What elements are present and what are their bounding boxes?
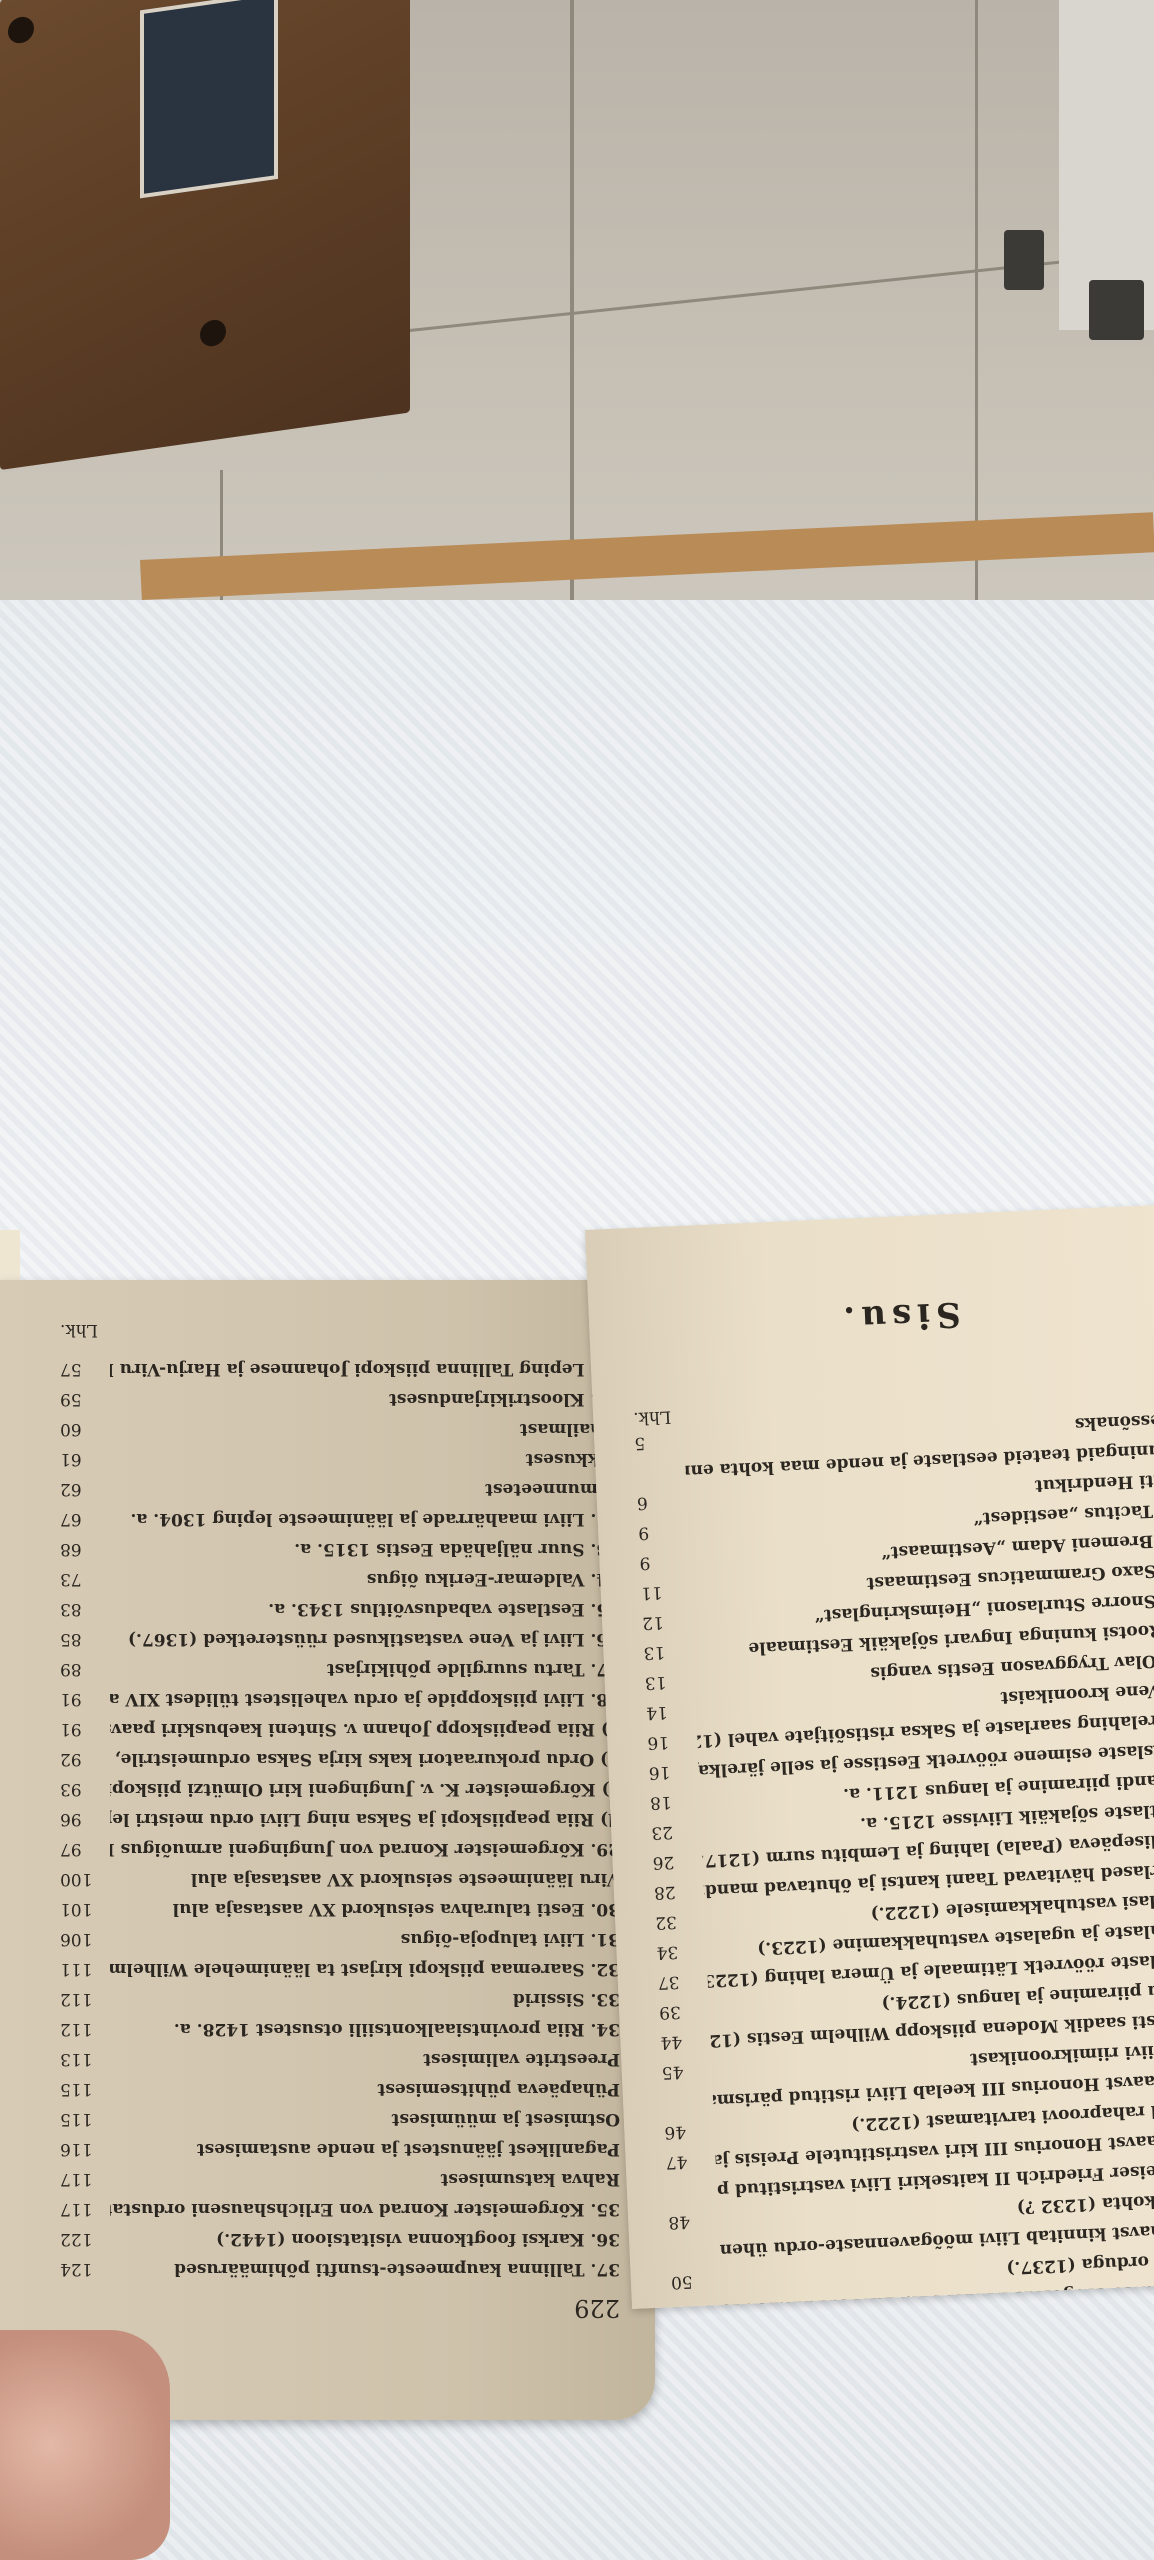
toc-entry-title: 25. Eestlaste vabadusvõitlus 1343. a. [110,1594,620,1624]
toc-entry-title: 28. Liivi piiskoppide ja ordu vahelistes… [110,1684,620,1714]
toc-entry: b) Ordu prokuraatori kaks kirja Saksa or… [60,1744,620,1774]
toc-entry-page: 32 [655,1905,706,1937]
toc-entry-title: Rikkusest [110,1444,620,1474]
toc-entry-page: 112 [60,2014,110,2044]
toc-entry-page: 39 [659,1995,710,2027]
book-left-page: 229 37. Tallinna kaupmeeste-tsunfti põhi… [0,1280,655,2420]
toc-entry: d) Riia peapiiskopi ja Saksa ning Liivi … [60,1804,620,1834]
toc-entry-page: 93 [60,1774,110,1804]
cardboard-box [0,0,410,470]
toc-entry-page: 97 [60,1834,110,1864]
toc-entry-title: Viru läänimeeste seisukord XV aastasaja … [110,1864,620,1894]
toc-entry-title: 35. Kõrgemeister Konrad von Erlichshause… [110,2194,620,2224]
toc-entry-title: Pühapäeva pühitsemisest [110,2074,620,2104]
box-label [140,0,278,198]
toc-entry-page: 61 [60,1444,110,1474]
toc-entry-title: 27. Tartu suurgilde põhikirjast [110,1654,620,1684]
toc-entry-page: 60 [60,1414,110,1444]
toc-entry-title: 33. Sissirid [110,1984,620,2014]
toc-entry: Rahva katsumisest117 [60,2164,620,2194]
toc-entry: 22. Liivi maahärrade ja läänimeeste lepi… [60,1504,620,1534]
toc-entry-title: Ostmisest ja müümisest [110,2104,620,2134]
toc-entry-page: 12 [642,1606,693,1638]
toc-entry-page: 16 [648,1756,699,1788]
toc-entry-page: 89 [60,1654,110,1684]
toc-entry-page [669,2235,720,2267]
toc-entry-page: 23 [651,1816,702,1848]
toc-entry-page: 115 [60,2104,110,2134]
toc-entry-title: 30. Eesti talurahva seisukord XV aastasa… [110,1894,620,1924]
toc-entry: 37. Tallinna kaupmeeste-tsunfti põhimäär… [60,2254,620,2284]
toc-entry-page: 122 [60,2224,110,2254]
toc-entry: Armunneetest62 [60,1474,620,1504]
toc-entry-page: 124 [60,2254,110,2284]
book-right-page: 228 1242. a.5619. Kiri Tartu piiskopkonn… [585,1204,1154,2309]
toc-entry-page: 45 [661,2055,712,2087]
toc-entry-title: 37. Tallinna kaupmeeste-tsunfti põhimäär… [110,2254,620,2284]
toc-entry-page: 13 [643,1636,694,1668]
toc-entry-title: 31. Liivi talupoja-õigus [110,1924,620,1954]
toc-entry: Maailmast60 [60,1414,620,1444]
toc-entry: 31. Liivi talupoja-õigus106 [60,1924,620,1954]
toc-entry-page: 6 [636,1486,687,1518]
toc-entry: 36. Karksi foogtkonna visitatsioon (1442… [60,2224,620,2254]
toc-entry-title: Paganlikest jäänustest ja nende austamis… [110,2134,620,2164]
toc-entry-page: 112 [60,1984,110,2014]
toc-entry: 23. Suur näljahäda Eestis 1315. a.68 [60,1534,620,1564]
toc-entry-title: 36. Karksi foogtkonna visitatsioon (1442… [110,2224,620,2254]
toc-entry-page: 67 [60,1504,110,1534]
toc-entry-page: 85 [60,1624,110,1654]
toc-entry-page: 100 [60,1864,110,1894]
toc-entry: 29. Kõrgemeister Konrad von Jungingeni a… [60,1834,620,1864]
toc-entry-page: 115 [60,2074,110,2104]
toc-entry-page: 73 [60,1564,110,1594]
page-heading: Sisu. [628,1285,1154,1349]
toc-entry-title: 21. Kloostrikirjandusest [110,1384,620,1414]
toc-entry-page: 117 [60,2164,110,2194]
toc-entry-page: 91 [60,1684,110,1714]
toc-entry-page: 13 [644,1666,695,1698]
toc-entry-page: 47 [665,2145,716,2177]
box-handle-hole [8,15,34,45]
toc-entry-page: 116 [60,2134,110,2164]
toc-entry-title: 22. Liivi maahärrade ja läänimeeste lepi… [110,1504,620,1534]
toc-entry-page: 96 [60,1804,110,1834]
toc-entry-title: a) Riia peapiiskopp Johann v. Sinteni ka… [110,1714,620,1744]
toc-entry: Rikkusest61 [60,1444,620,1474]
toc-entry: 25. Eestlaste vabadusvõitlus 1343. a.83 [60,1594,620,1624]
toc-entry-page [662,2085,713,2117]
toc-entry-title: d) Riia peapiiskopi ja Saksa ning Liivi … [110,1804,620,1834]
toc-entry-page: 50 [670,2265,721,2297]
toc-entry: 27. Tartu suurgilde põhikirjast89 [60,1654,620,1684]
toc-entry-page: 101 [60,1894,110,1924]
toc-entry-page: 48 [668,2205,719,2237]
toc-entry-page: 92 [60,1744,110,1774]
toc-entry-page: 26 [652,1845,703,1877]
toc-entry-title: Maailmast [110,1414,620,1444]
toc-entry: 28. Liivi piiskoppide ja ordu vahelistes… [60,1684,620,1714]
box-handle-hole [200,318,226,348]
left-page-content: 229 37. Tallinna kaupmeeste-tsunfti põhi… [60,1320,620,2322]
toc-entry: Paganlikest jäänustest ja nende austamis… [60,2134,620,2164]
chair-foot [1004,230,1044,290]
toc-entry-title: 20. Leping Tallinna piiskopi Johannese j… [110,1354,620,1384]
toc-entry-page: 18 [649,1786,700,1818]
toc-entry: 35. Kõrgemeister Konrad von Erlichshause… [60,2194,620,2224]
toc-entry-title: c) Kõrgemeister K. v. Jungingeni kiri Ol… [110,1774,620,1804]
toc-entry-page: 68 [60,1534,110,1564]
toc-entry-page: 111 [60,1954,110,1984]
toc-entry-page: 9 [639,1546,690,1578]
toc-entry-title: b) Ordu prokuraatori kaks kirja Saksa or… [110,1744,620,1774]
toc-entry: 34. Riia provintsiaalkontsiili otsustest… [60,2014,620,2044]
toc-entry-title: 26. Liivi ja Vene vastastikused rüüstere… [110,1624,620,1654]
tile-grout [570,0,574,700]
toc-entry-title: 23. Suur näljahäda Eestis 1315. a. [110,1534,620,1564]
toc-entry-page: 59 [60,1384,110,1414]
toc-entry-title: Armunneetest [110,1474,620,1504]
toc-entry-page: 113 [60,2044,110,2074]
toc-entry-page: 106 [60,1924,110,1954]
toc-entry-page [666,2175,717,2207]
toc-entry-title: 24. Valdemar-Eeriku õigus [110,1564,620,1594]
toc-entry-page: 16 [647,1726,698,1758]
toc-entry: Preestrite valimisest113 [60,2044,620,2074]
toc-entry-page [635,1456,686,1488]
toc-entry: Ostmisest ja müümisest115 [60,2104,620,2134]
toc-entry: 24. Valdemar-Eeriku õigus73 [60,1564,620,1594]
toc-entry: 26. Liivi ja Vene vastastikused rüüstere… [60,1624,620,1654]
toc-entry-page: 14 [645,1696,696,1728]
toc-entry-title: Preestrite valimisest [110,2044,620,2074]
toc-entry: Viru läänimeeste seisukord XV aastasaja … [60,1864,620,1894]
toc-entry-page: 28 [653,1875,704,1907]
toc-entry: 33. Sissirid112 [60,1984,620,2014]
toc-entry-page: 34 [656,1935,707,1967]
toc-entry-page: 83 [60,1594,110,1624]
toc-list: 37. Tallinna kaupmeeste-tsunfti põhimäär… [60,1354,620,2284]
toc-entry-page: 46 [664,2115,715,2147]
chair-foot [1089,280,1144,340]
toc-entry-page: 44 [660,2025,711,2057]
toc-entry: a) Riia peapiiskopp Johann v. Sinteni ka… [60,1714,620,1744]
page-column-label: Lhk. [60,1320,620,1340]
toc-entry: c) Kõrgemeister K. v. Jungingeni kiri Ol… [60,1774,620,1804]
toc-entry-page: 91 [60,1714,110,1744]
toc-entry-title: 32. Saaremaa piiskopi kirjast ta läänime… [110,1954,620,1984]
toc-entry-title: 34. Riia provintsiaalkontsiili otsustest… [110,2014,620,2044]
toc-entry-title: Rahva katsumisest [110,2164,620,2194]
page-number: 229 [60,2294,620,2322]
toc-entry: 30. Eesti talurahva seisukord XV aastasa… [60,1894,620,1924]
page-edge [0,1230,20,1280]
toc-entry: Pühapäeva pühitsemisest115 [60,2074,620,2104]
toc-entry-page: 62 [60,1474,110,1504]
toc-entry: 20. Leping Tallinna piiskopi Johannese j… [60,1354,620,1384]
hand-holding-book [0,2330,170,2560]
toc-entry-page: 9 [638,1516,689,1548]
toc-entry-page: 117 [60,2194,110,2224]
toc-entry-page: 37 [657,1965,708,1997]
toc-entry-page: 5 [634,1426,685,1458]
toc-entry-title: 29. Kõrgemeister Konrad von Jungingeni a… [110,1834,620,1864]
toc-entry-page: 57 [60,1354,110,1384]
toc-entry-page: 11 [640,1576,691,1608]
toc-list: 1242. a.5619. Kiri Tartu piiskopkonnas v… [634,1405,1154,2309]
right-page-content: 228 1242. a.5619. Kiri Tartu piiskopkonn… [627,1245,1154,2309]
toc-entry: 32. Saaremaa piiskopi kirjast ta läänime… [60,1954,620,1984]
toc-entry: 21. Kloostrikirjandusest59 [60,1384,620,1414]
